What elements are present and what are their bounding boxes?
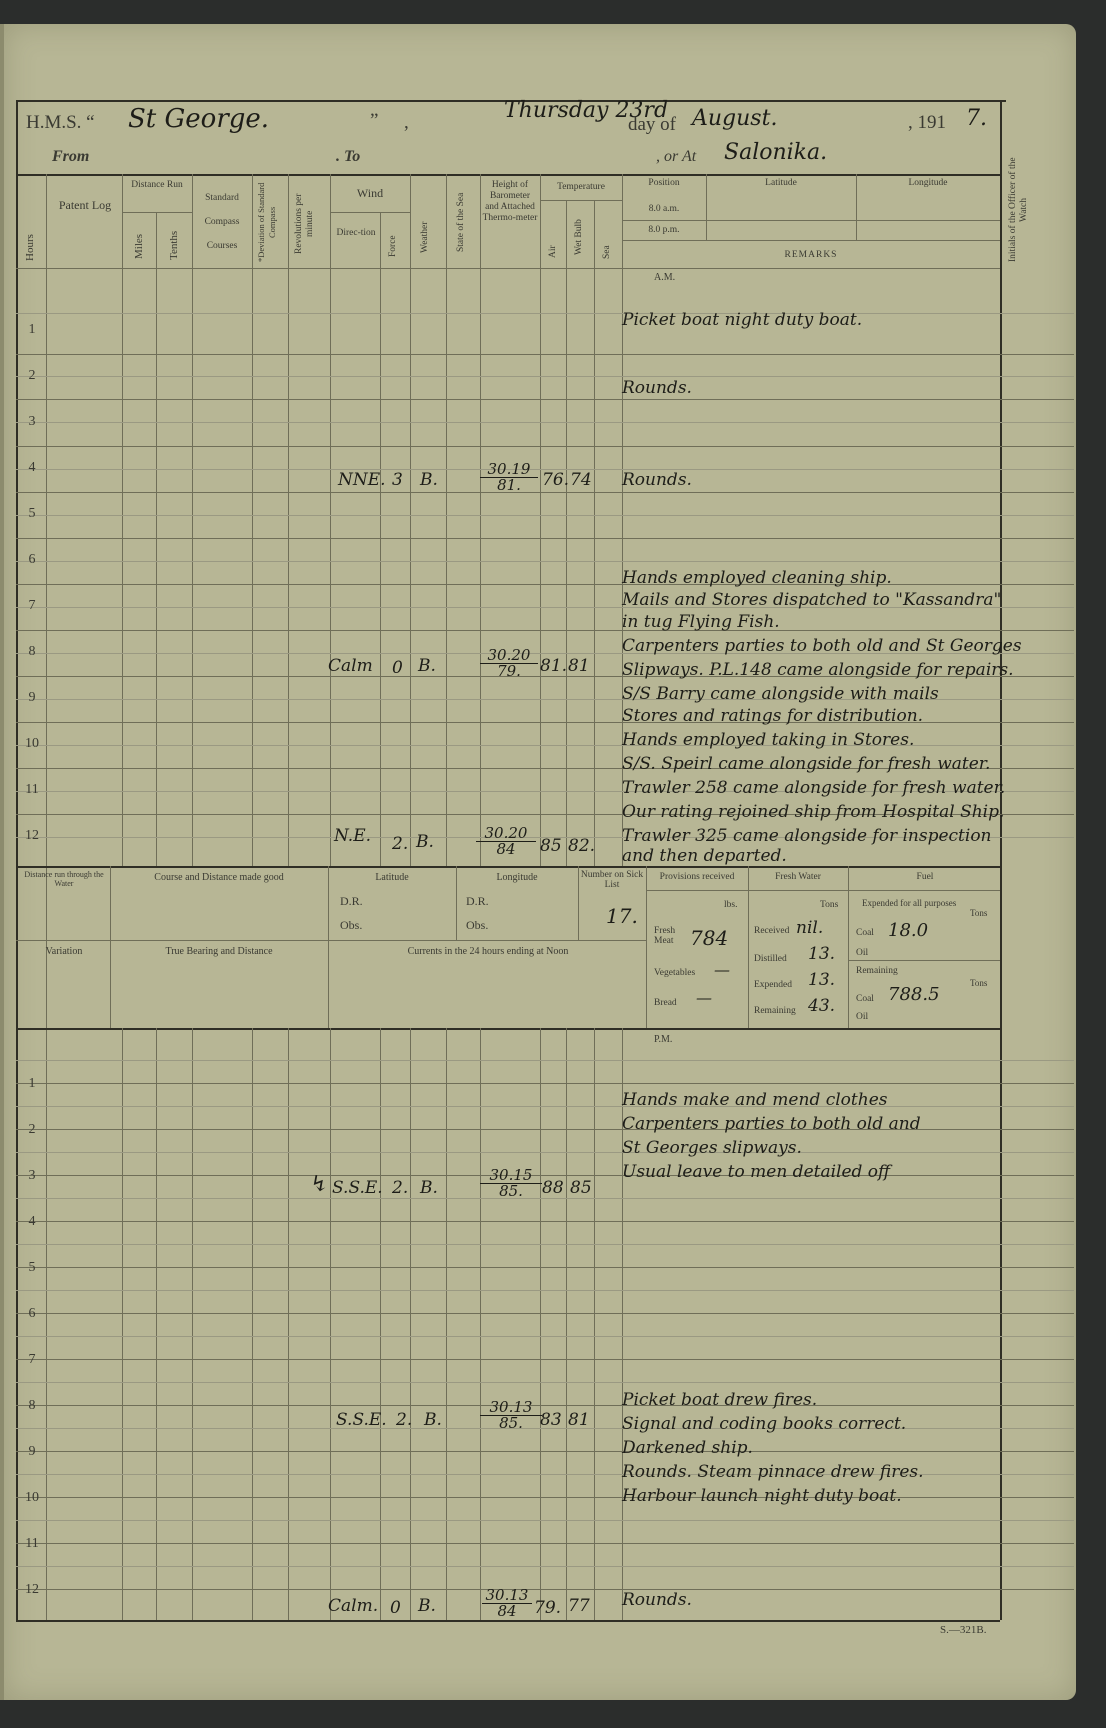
row-rule: [16, 1543, 1074, 1544]
col-line: [288, 1028, 289, 1620]
pm-hour: 7: [20, 1352, 44, 1368]
am-obs-4-wet-bulb: 74: [570, 470, 592, 490]
row-rule: [16, 492, 1074, 493]
am-obs-8-force: 0: [392, 658, 403, 678]
right-border: [1000, 100, 1002, 1620]
pm-obs-8-weather: B.: [424, 1410, 442, 1430]
distance-subrule: [122, 212, 192, 213]
header-top-rule: [16, 174, 1000, 176]
fuel-coal-expended-value: 18.0: [888, 920, 928, 941]
pm-hour: 12: [20, 1582, 44, 1598]
wind-shift-arrow-icon: ↯: [310, 1172, 328, 1197]
latitude-dr-label: D.R.: [340, 894, 363, 909]
row-rule: [16, 1382, 1074, 1383]
col-line: [46, 174, 47, 1620]
row-rule: [16, 515, 1074, 516]
am-obs-4-direction: NNE.: [338, 470, 386, 490]
left-border: [16, 100, 18, 1620]
month: August.: [692, 106, 777, 131]
wind-header: Wind: [332, 186, 408, 200]
water-expended-label: Expended: [754, 980, 792, 990]
header-bottom-rule: [16, 268, 1000, 269]
col-line: [330, 174, 331, 866]
noon-latitude-label: Latitude: [330, 872, 454, 883]
pm-obs-8-wet-bulb: 81: [568, 1410, 590, 1430]
pm-obs-8-direction: S.S.E.: [336, 1410, 387, 1430]
comma: ,: [404, 112, 409, 134]
am-time-label: 8.0 a.m.: [624, 204, 704, 215]
pm-remark: Darkened ship.: [622, 1438, 753, 1458]
location: Salonika.: [724, 140, 827, 165]
row-rule: [16, 1451, 1074, 1452]
pm-hour: 9: [20, 1444, 44, 1460]
fuel-expended-unit: Tons: [970, 908, 987, 918]
am-obs-8-weather: B.: [418, 656, 436, 676]
row-rule: [16, 561, 1074, 562]
fresh-water-title: Fresh Water: [750, 872, 846, 882]
am-hour: 12: [20, 828, 44, 844]
miles-header: Miles: [133, 228, 145, 264]
thermometer-reading: 81.: [497, 476, 521, 494]
direction-header: Direc-tion: [334, 228, 378, 239]
am-obs-12-direction: N.E.: [334, 826, 371, 846]
am-hour: 10: [20, 736, 44, 752]
row-rule: [16, 1290, 1074, 1291]
col-line: [594, 1028, 595, 1620]
pm-obs-8-force: 2.: [396, 1410, 412, 1430]
thermometer-reading: 85.: [499, 1182, 523, 1200]
row-rule: [16, 745, 1074, 746]
am-hour: 1: [20, 322, 44, 338]
hms-label: H.M.S. “: [26, 112, 95, 134]
am-remark: Rounds.: [622, 470, 692, 490]
am-remark: Mails and Stores dispatched to "Kassandr…: [622, 590, 1001, 610]
distance-run-water-label: Distance run through the Water: [20, 870, 108, 888]
pm-hour: 3: [20, 1168, 44, 1184]
pm-hour: 2: [20, 1122, 44, 1138]
pm-hour: 11: [20, 1536, 44, 1552]
pm-remark: Rounds. Steam pinnace drew fires.: [622, 1462, 924, 1482]
col-line: [122, 1028, 123, 1620]
standard-compass-header: Standard Compass Courses: [194, 186, 250, 258]
col-line: [288, 174, 289, 866]
position-header: Position: [624, 178, 704, 189]
noon-bottom-rule: [16, 1028, 1000, 1030]
hours-header: Hours: [24, 230, 36, 266]
fresh-meat-label: Fresh Meat: [654, 926, 688, 946]
sick-list-label: Number on Sick List: [580, 870, 644, 890]
col-line: [192, 174, 193, 866]
water-distilled-label: Distilled: [754, 954, 787, 964]
pm-hour: 8: [20, 1398, 44, 1414]
noon-col-line: [456, 866, 457, 940]
col-line: [540, 1028, 541, 1620]
ship-name: St George.: [128, 104, 269, 134]
pm-remark: Carpenters parties to both old and: [622, 1114, 921, 1134]
am-obs-12-force: 2.: [392, 834, 408, 854]
thermometer-reading: 85.: [499, 1414, 523, 1432]
pm-hour: 5: [20, 1260, 44, 1276]
fuel-coal-remaining-value: 788.5: [888, 984, 940, 1005]
am-remark: Stores and ratings for distribution.: [622, 706, 923, 726]
row-rule: [16, 422, 1074, 423]
bottom-rule: [16, 1620, 1000, 1622]
deviation-header: *Deviation of Standard Compass: [256, 180, 282, 264]
col-line: [480, 1028, 481, 1620]
row-rule: [16, 1520, 1074, 1521]
col-line: [540, 174, 541, 866]
to-label: . To: [336, 148, 360, 166]
fuel-remaining-label: Remaining: [856, 966, 898, 976]
form-number: S.—321B.: [940, 1624, 986, 1636]
col-line: [410, 174, 411, 866]
pm-obs-12-force: 0: [390, 1598, 401, 1618]
position-am-rule: [622, 220, 1000, 221]
row-rule: [16, 1221, 1074, 1222]
currents-label: Currents in the 24 hours ending at Noon: [330, 946, 646, 957]
water-remaining-label: Remaining: [754, 1006, 796, 1016]
am-remark: Carpenters parties to both old and St Ge…: [622, 636, 1022, 656]
fuel-expended-label: Expended for all purposes: [862, 898, 956, 908]
noon-col-line: [328, 866, 329, 1028]
vegetables-label: Vegetables: [654, 968, 695, 978]
pm-hour: 1: [20, 1076, 44, 1092]
provisions-title: Provisions received: [648, 872, 746, 882]
state-of-sea-header: State of the Sea: [456, 180, 467, 264]
row-rule: [16, 354, 1074, 355]
row-rule: [16, 446, 1074, 447]
day-of-label: day of: [628, 114, 676, 136]
true-bearing-label: True Bearing and Distance: [112, 946, 326, 957]
row-rule: [16, 630, 1074, 631]
close-quote: ”: [370, 110, 378, 132]
course-distance-label: Course and Distance made good: [112, 872, 326, 883]
am-hour: 9: [20, 690, 44, 706]
am-obs-12-air: 85: [540, 836, 562, 856]
am-obs-8-direction: Calm: [328, 656, 373, 676]
col-line: [410, 1028, 411, 1620]
year-prefix: , 191: [908, 112, 946, 134]
row-rule: [16, 584, 1074, 585]
am-obs-8-barometer: 30.2079.: [480, 648, 538, 679]
provisions-unit: lbs.: [724, 900, 737, 910]
col-line: [122, 174, 123, 866]
pm-obs-8-barometer: 30.1385.: [480, 1400, 542, 1431]
row-rule: [16, 1244, 1074, 1245]
col-line: [192, 1028, 193, 1620]
thermometer-reading: 79.: [497, 662, 521, 680]
patent-log-header: Patent Log: [50, 198, 120, 212]
fuel-oil-remaining-label: Oil: [856, 1012, 868, 1022]
pm-remark: Picket boat drew fires.: [622, 1390, 817, 1410]
am-hour: 3: [20, 414, 44, 430]
col-line: [252, 1028, 253, 1620]
latitude-header: Latitude: [708, 178, 854, 189]
wet-bulb-header: Wet Bulb: [574, 210, 585, 264]
am-remark: S/S. Speirl came alongside for fresh wat…: [622, 754, 990, 774]
am-hour: 7: [20, 598, 44, 614]
row-rule: [16, 1359, 1074, 1360]
am-hour: 11: [20, 782, 44, 798]
longitude-obs-label: Obs.: [466, 918, 488, 933]
col-line: [566, 1028, 567, 1620]
row-rule: [16, 1336, 1074, 1337]
noon-sub-rule: [848, 960, 1000, 961]
temperature-header: Temperature: [542, 182, 620, 193]
noon-longitude-label: Longitude: [458, 872, 576, 883]
am-hour: 6: [20, 552, 44, 568]
vegetables-value: —: [714, 960, 730, 979]
am-hour: 2: [20, 368, 44, 384]
am-obs-12-barometer: 30.2084: [476, 826, 536, 857]
col-line: [856, 174, 857, 240]
barometer-header: Height of Barometer and Attached Thermo-…: [482, 180, 538, 224]
pm-hour: 10: [20, 1490, 44, 1506]
row-rule: [16, 1313, 1074, 1314]
am-obs-8-wet-bulb: 81: [568, 656, 590, 676]
initials-header: Initials of the Officer of the Watch: [1008, 150, 1038, 270]
row-rule: [16, 1566, 1074, 1567]
remarks-header: REMARKS: [622, 250, 1000, 261]
weather-header: Weather: [420, 210, 431, 264]
row-rule: [16, 1198, 1074, 1199]
fresh-meat-value: 784: [690, 926, 728, 950]
temp-subrule: [540, 200, 622, 201]
force-header: Force: [388, 228, 399, 264]
fuel-coal-expended-label: Coal: [856, 928, 874, 938]
am-remark: Trawler 325 came alongside for inspectio…: [622, 826, 992, 846]
am-label: A.M.: [654, 272, 675, 283]
longitude-dr-label: D.R.: [466, 894, 489, 909]
water-distilled-value: 13.: [808, 944, 835, 964]
row-rule: [16, 1106, 1074, 1107]
am-hour: 5: [20, 506, 44, 522]
am-obs-4-weather: B.: [420, 470, 438, 490]
col-line: [330, 1028, 331, 1620]
revolutions-header: Revolutions per minute: [294, 184, 322, 264]
from-label: From: [52, 148, 89, 166]
am-remark: Slipways. P.L.148 came alongside for rep…: [622, 660, 1014, 680]
noon-top-rule: [16, 866, 1000, 868]
distance-run-header: Distance Run: [124, 180, 190, 191]
pm-obs-12-barometer: 30.1384: [482, 1588, 532, 1619]
am-obs-8-air: 81.: [540, 656, 567, 676]
pm-obs-12-direction: Calm.: [328, 1596, 378, 1616]
longitude-header: Longitude: [858, 178, 998, 189]
col-line: [480, 174, 481, 866]
water-received-label: Received: [754, 926, 789, 936]
noon-col-line: [110, 866, 111, 1028]
am-obs-4-barometer: 30.1981.: [480, 462, 538, 493]
row-rule: [16, 1083, 1074, 1084]
tenths-header: Tenths: [168, 226, 180, 264]
row-rule: [16, 1589, 1074, 1590]
am-remark: Rounds.: [622, 378, 692, 398]
pm-remark: Signal and coding books correct.: [622, 1414, 906, 1434]
air-header: Air: [548, 240, 559, 264]
pm-obs-3-barometer: 30.1585.: [480, 1168, 542, 1199]
pm-obs-12-weather: B.: [418, 1596, 436, 1616]
row-rule: [16, 1060, 1074, 1061]
water-remaining-value: 43.: [808, 996, 835, 1016]
am-obs-12-weather: B.: [416, 832, 434, 852]
fuel-oil-expended-label: Oil: [856, 948, 868, 958]
col-line: [446, 1028, 447, 1620]
fuel-coal-remaining-label: Coal: [856, 994, 874, 1004]
pm-remark: Rounds.: [622, 1590, 692, 1610]
pm-remark: Harbour launch night duty boat.: [622, 1486, 902, 1506]
am-hour: 4: [20, 460, 44, 476]
pm-remark: St Georges slipways.: [622, 1138, 802, 1158]
sick-list-value: 17.: [606, 904, 638, 928]
am-remark: Our rating rejoined ship from Hospital S…: [622, 802, 1004, 822]
pm-obs-8-air: 83: [540, 1410, 562, 1430]
fresh-water-unit: Tons: [820, 900, 838, 910]
pm-obs-3-air: 88: [542, 1178, 564, 1198]
am-remark: Hands employed cleaning ship.: [622, 568, 892, 588]
col-line: [706, 174, 707, 240]
col-line: [594, 200, 595, 866]
am-remark: Hands employed taking in Stores.: [622, 730, 914, 750]
bread-label: Bread: [654, 998, 677, 1008]
am-obs-4-air: 76.: [542, 470, 569, 490]
am-remark: Picket boat night duty boat.: [622, 310, 862, 330]
water-expended-value: 13.: [808, 970, 835, 990]
noon-col-line: [578, 866, 579, 940]
water-received-value: nil.: [796, 918, 823, 938]
am-obs-4-force: 3: [392, 470, 403, 490]
row-rule: [16, 376, 1074, 377]
year-suffix: 7.: [966, 106, 987, 131]
position-pm-rule: [622, 240, 1000, 241]
variation-label: Variation: [20, 946, 108, 957]
am-remark: Trawler 258 came alongside for fresh wat…: [622, 778, 1005, 798]
pm-obs-3-direction: S.S.E.: [332, 1178, 383, 1198]
row-rule: [16, 538, 1074, 539]
pm-obs-12-wet-bulb: 77: [568, 1596, 590, 1616]
am-remark: in tug Flying Fish.: [622, 612, 780, 632]
pm-obs-3-wet-bulb: 85: [570, 1178, 592, 1198]
fuel-remaining-unit: Tons: [970, 978, 987, 988]
latitude-obs-label: Obs.: [340, 918, 362, 933]
am-remark: and then departed.: [622, 846, 787, 866]
pm-obs-3-weather: B.: [420, 1178, 438, 1198]
pm-hour: 6: [20, 1306, 44, 1322]
am-remark: S/S Barry came alongside with mails: [622, 684, 939, 704]
wind-subrule: [330, 212, 410, 213]
col-line: [156, 1028, 157, 1620]
pm-label: P.M.: [654, 1034, 672, 1045]
col-line: [446, 174, 447, 866]
am-obs-12-wet-bulb: 82.: [568, 836, 595, 856]
row-rule: [16, 313, 1074, 314]
pm-obs-3-force: 2.: [392, 1178, 408, 1198]
pm-obs-12-air: 79.: [534, 1598, 561, 1618]
pm-hour: 4: [20, 1214, 44, 1230]
thermometer-reading: 84: [497, 1602, 516, 1620]
or-at-label: , or At: [656, 148, 696, 166]
row-rule: [16, 1405, 1074, 1406]
noon-sub-rule: [646, 890, 1000, 891]
pm-remark: Usual leave to men detailed off: [622, 1162, 890, 1182]
am-hour: 8: [20, 644, 44, 660]
row-rule: [16, 1267, 1074, 1268]
row-rule: [16, 399, 1074, 400]
thermometer-reading: 84: [496, 840, 515, 858]
col-line: [566, 200, 567, 866]
col-line: [380, 1028, 381, 1620]
sea-header: Sea: [602, 240, 613, 264]
row-rule: [16, 1175, 1074, 1176]
col-line: [252, 174, 253, 866]
bread-value: —: [696, 988, 712, 1007]
pm-remark: Hands make and mend clothes: [622, 1090, 887, 1110]
row-rule: [16, 1497, 1074, 1498]
pm-time-label: 8.0 p.m.: [624, 225, 704, 236]
fuel-title: Fuel: [850, 872, 1000, 882]
row-rule: [16, 1152, 1074, 1153]
